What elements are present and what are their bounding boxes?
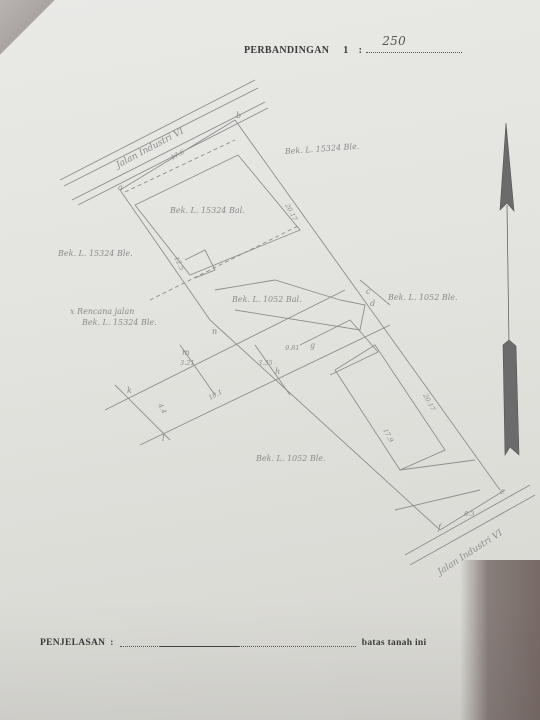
- dimension-front: 17.6: [169, 148, 186, 162]
- parcel-left-boundary-lower: [210, 320, 440, 530]
- dimension-road: 10.1: [207, 388, 224, 402]
- point-n: n: [212, 327, 217, 336]
- point-g: g: [310, 341, 315, 350]
- parcel-label-top-right: Bek. L. 15324 Ble.: [284, 142, 360, 156]
- note-rencana-jalan: x Rencana jalan: [70, 307, 134, 316]
- parcel-label-right: Bek. L. 1052 Ble.: [387, 293, 458, 302]
- point-m: m: [182, 348, 190, 357]
- road-reserve-line-1: [105, 290, 345, 410]
- dimension-k: 4.4: [156, 401, 168, 415]
- dimension-rear: 17.9: [381, 427, 395, 444]
- point-k: k: [127, 386, 132, 395]
- parcel-label-bottom: Bek. L. 1052 Ble.: [255, 454, 326, 463]
- parcel-right-boundary: [235, 120, 500, 490]
- point-h: h: [275, 367, 280, 376]
- dimension-g-right: 9.81: [285, 344, 299, 352]
- dimension-m: 3.21: [180, 359, 194, 367]
- paper-shade: [0, 600, 540, 720]
- dimension-side-lower: 20.17: [421, 391, 438, 413]
- dimension-back: 8.3: [464, 510, 474, 518]
- point-d: d: [370, 299, 375, 308]
- point-f: f: [437, 523, 443, 532]
- parcel-label-subject-middle: Bek. L. 1052 Bal.: [231, 295, 302, 304]
- parcel-label-subject-upper: Bek. L. 15324 Bal.: [169, 206, 245, 215]
- north-arrow-icon: [500, 123, 519, 455]
- building-middle-outline: [215, 280, 365, 330]
- street-bottom-edge-1: [405, 485, 530, 555]
- dimension-g-left: 3.35: [258, 359, 272, 367]
- building-upper-outline: [135, 155, 300, 275]
- point-c: c: [366, 287, 371, 296]
- note-rencana-jalan-sub: Bek. L. 15324 Ble.: [81, 318, 157, 327]
- point-b: b: [236, 111, 241, 120]
- point-e: e: [500, 487, 505, 496]
- dimension-left-upper: 12.5: [172, 255, 186, 272]
- parcel-label-left: Bek. L. 15324 Ble.: [57, 249, 133, 258]
- point-a: a: [118, 183, 123, 192]
- street-label-top: Jalan Industri VI: [113, 126, 186, 171]
- road-reserve-line-2: [140, 325, 390, 445]
- point-l: l: [162, 434, 165, 443]
